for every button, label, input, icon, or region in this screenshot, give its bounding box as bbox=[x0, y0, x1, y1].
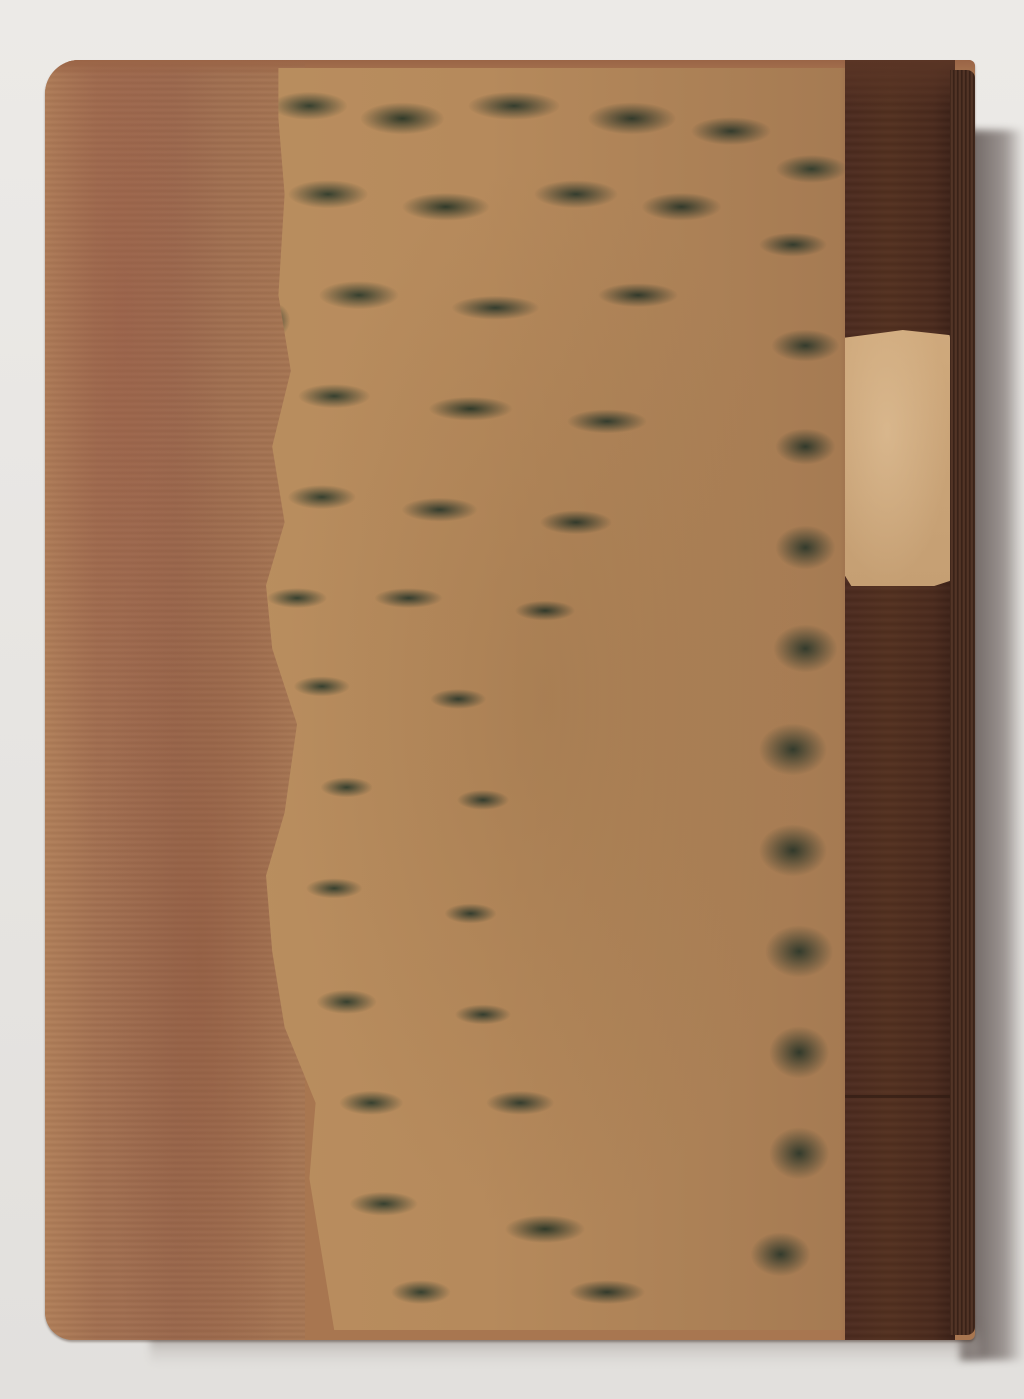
leather-corner-strip bbox=[45, 60, 305, 1340]
book-back-cover bbox=[45, 60, 975, 1340]
spine-label bbox=[845, 330, 950, 586]
page-edges bbox=[950, 70, 975, 1335]
marbling-pattern bbox=[235, 68, 855, 1330]
marbled-paper-board bbox=[235, 68, 855, 1330]
leather-spine bbox=[845, 60, 955, 1340]
spine-band bbox=[845, 1095, 955, 1098]
photo-scene bbox=[0, 0, 1024, 1399]
spine-top-cap bbox=[845, 60, 955, 110]
